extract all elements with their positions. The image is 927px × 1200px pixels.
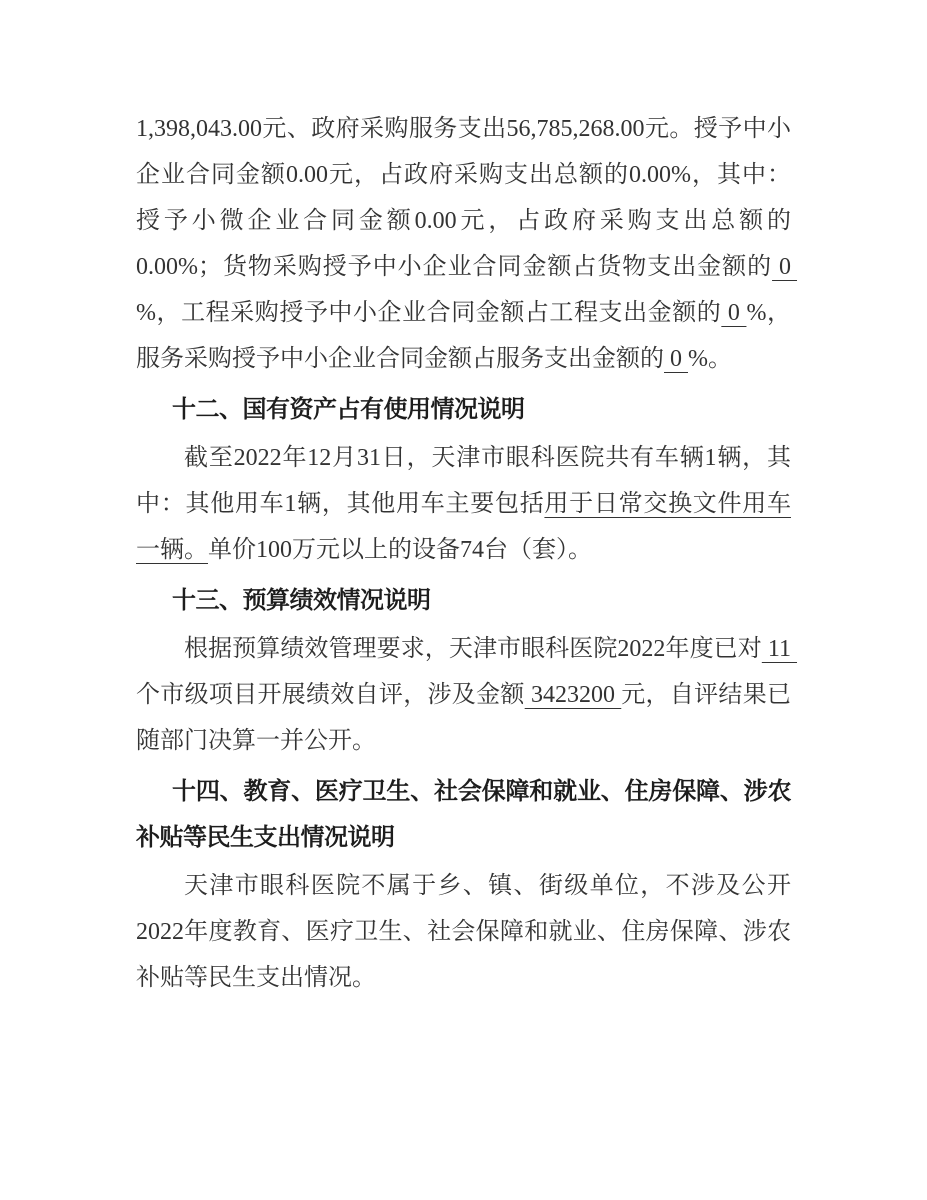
text-run: 单价100万元以上的设备74台（套）。 — [208, 537, 592, 563]
text-run: %，工程采购授予中小企业合同金额占工程支出金额的 — [136, 300, 721, 326]
paragraph-government-procurement: 1,398,043.00元、政府采购服务支出56,785,268.00元。授予中… — [136, 106, 791, 382]
text-run: 1,398,043.00元、政府采购服务支出56,785,268.00元。授予中… — [136, 116, 791, 280]
paragraph-budget-performance: 根据预算绩效管理要求，天津市眼科医院2022年度已对 11 个市级项目开展绩效自… — [136, 626, 791, 764]
heading-section-13-budget-performance: 十三、预算绩效情况说明 — [136, 578, 791, 624]
text-run: 根据预算绩效管理要求，天津市眼科医院2022年度已对 — [184, 636, 762, 662]
paragraph-state-assets: 截至2022年12月31日，天津市眼科医院共有车辆1辆，其中：其他用车1辆，其他… — [136, 435, 791, 573]
text-run: %。 — [688, 346, 732, 372]
underlined-project-count: 11 — [762, 636, 797, 662]
paragraph-livelihood-expenditure: 天津市眼科医院不属于乡、镇、街级单位，不涉及公开2022年度教育、医疗卫生、社会… — [136, 863, 791, 1001]
underlined-value-engineering-percent: 0 — [721, 300, 746, 326]
underlined-value-service-percent: 0 — [664, 346, 688, 372]
underlined-amount: 3423200 — [525, 682, 622, 708]
document-page: 1,398,043.00元、政府采购服务支出56,785,268.00元。授予中… — [0, 0, 927, 1200]
underlined-value-goods-percent: 0 — [772, 254, 797, 280]
heading-section-14-livelihood-expenditure: 十四、教育、医疗卫生、社会保障和就业、住房保障、涉农补贴等民生支出情况说明 — [136, 769, 791, 861]
heading-section-12-state-assets: 十二、国有资产占有使用情况说明 — [136, 387, 791, 433]
text-run: 个市级项目开展绩效自评，涉及金额 — [136, 682, 525, 708]
